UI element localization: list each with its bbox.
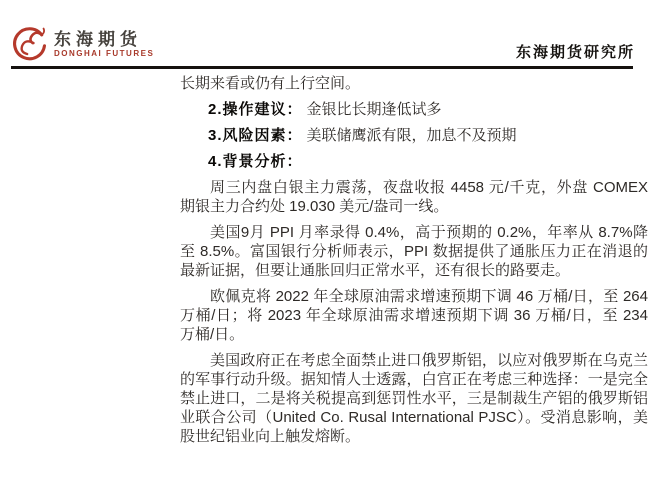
report-page: 东海期货 DONGHAI FUTURES 东海期货研究所 长期来看或仍有上行空间… — [0, 0, 653, 491]
item-risk-factors-text: 美联储鹰派有限，加息不及预期 — [307, 127, 517, 144]
paragraph-silver-market: 周三内盘白银主力震荡，夜盘收报 4458 元/千克，外盘 COMEX 期银主力合… — [180, 178, 648, 216]
item-background-analysis: 4.背景分析： — [180, 152, 648, 171]
report-body: 长期来看或仍有上行空间。 2.操作建议：金银比长期逢低试多 3.风险因素：美联储… — [180, 74, 648, 453]
report-header: 东海期货 DONGHAI FUTURES 东海期货研究所 — [0, 0, 653, 70]
paragraph-ppi-data: 美国9月 PPI 月率录得 0.4%，高于预期的 0.2%，年率从 8.7%降至… — [180, 223, 648, 280]
paragraph-opec-forecast: 欧佩克将 2022 年全球原油需求增速预期下调 46 万桶/日，至 264 万桶… — [180, 287, 648, 344]
logo-chinese-name: 东海期货 — [54, 30, 154, 49]
donghai-futures-logo: 东海期货 DONGHAI FUTURES — [9, 24, 154, 64]
item-background-analysis-label: 4.背景分析： — [208, 153, 303, 170]
item-risk-factors: 3.风险因素：美联储鹰派有限，加息不及预期 — [180, 126, 648, 145]
item-operation-advice-label: 2.操作建议： — [208, 101, 303, 118]
research-institute-title: 东海期货研究所 — [516, 41, 635, 62]
header-divider — [11, 66, 633, 69]
item-risk-factors-label: 3.风险因素： — [208, 127, 303, 144]
item-operation-advice-text: 金银比长期逢低试多 — [307, 101, 442, 118]
intro-line: 长期来看或仍有上行空间。 — [180, 74, 648, 93]
logo-text: 东海期货 DONGHAI FUTURES — [54, 30, 154, 59]
logo-english-name: DONGHAI FUTURES — [54, 49, 154, 59]
item-operation-advice: 2.操作建议：金银比长期逢低试多 — [180, 100, 648, 119]
paragraph-russia-aluminum: 美国政府正在考虑全面禁止进口俄罗斯铝，以应对俄罗斯在乌克兰的军事行动升级。据知情… — [180, 351, 648, 446]
dragon-circle-icon — [9, 24, 49, 64]
